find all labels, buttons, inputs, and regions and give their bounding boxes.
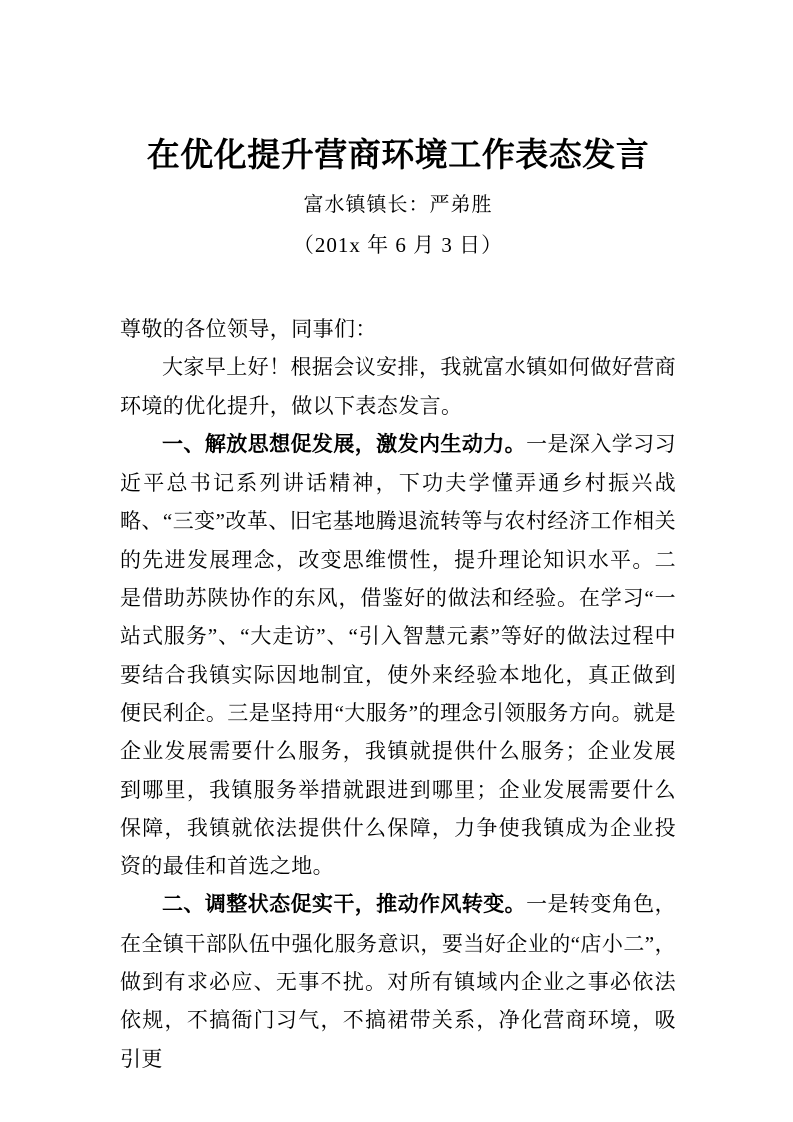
document-title: 在优化提升营商环境工作表态发言	[120, 133, 676, 179]
date-line: （201x 年 6 月 3 日）	[120, 231, 676, 259]
author-line: 富水镇镇长：严弟胜	[120, 192, 676, 218]
document-body: 尊敬的各位领导，同事们： 大家早上好！根据会议安排，我就富水镇如何做好营商环境的…	[120, 310, 676, 1078]
document-page: 在优化提升营商环境工作表态发言 富水镇镇长：严弟胜 （201x 年 6 月 3 …	[0, 0, 793, 1122]
document-content: 在优化提升营商环境工作表态发言 富水镇镇长：严弟胜 （201x 年 6 月 3 …	[0, 133, 793, 1078]
paragraph-text: 一是转变角色，在全镇干部队伍中强化服务意识，要当好企业的“店小二”，做到有求必应…	[120, 892, 676, 1070]
paragraph-section-1: 一、解放思想促发展，激发内生动力。一是深入学习习近平总书记系列讲话精神，下功夫学…	[120, 425, 676, 886]
salutation: 尊敬的各位领导，同事们：	[120, 310, 676, 348]
section-1-heading: 一、解放思想促发展，激发内生动力。	[162, 433, 526, 456]
paragraph-text: 一是深入学习习近平总书记系列讲话精神，下功夫学懂弄通乡村振兴战略、“三变”改革、…	[120, 432, 676, 878]
section-2-heading: 二、调整状态促实干，推动作风转变。	[162, 893, 526, 916]
paragraph-section-2: 二、调整状态促实干，推动作风转变。一是转变角色，在全镇干部队伍中强化服务意识，要…	[120, 885, 676, 1077]
paragraph-intro: 大家早上好！根据会议安排，我就富水镇如何做好营商环境的优化提升，做以下表态发言。	[120, 348, 676, 425]
paragraph-text: 大家早上好！根据会议安排，我就富水镇如何做好营商环境的优化提升，做以下表态发言。	[120, 355, 676, 417]
